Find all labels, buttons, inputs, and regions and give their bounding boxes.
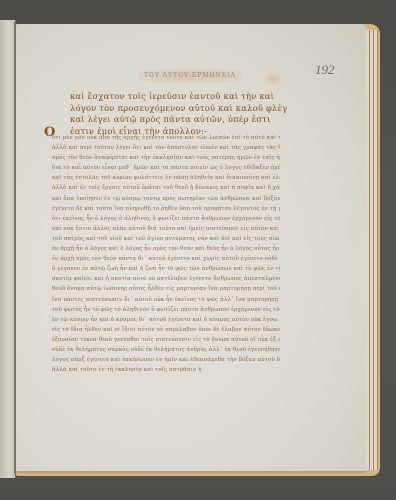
text-line: ὅτι ἐκεῖνος ἦν ὁ λόγος ὁ ἀληθινὸς ὃ φωτί… [52,214,280,224]
text-line: τοῦ φωτός ἦν τὸ φῶς τὸ ἀληθινόν ὃ φωτίζε… [52,305,280,315]
body-text-block: ὅτι μὲν οὖν οὐκ ἀπὸ τῆς ἀρχῆς ἐγένετο το… [52,133,280,375]
text-line: οὐδὲ ἐκ θελήματος σαρκὸς οὐδὲ ἐκ θελήματ… [52,345,280,355]
page-edge [370,30,374,470]
text-line: εἰς τὰ ἴδια ἦλθεν καὶ οἱ ἴδιοι αὐτὸν οὐ … [52,325,280,335]
page-edge [366,30,370,470]
text-line: ἐν ἀρχῇ ἦν ὁ λόγος καὶ ὁ λόγος ἦν πρὸς τ… [52,244,280,254]
text-line: τοῦ πατρὸς καὶ τοῦ υἱοῦ καὶ τοῦ ἁγίου πν… [52,234,280,244]
title-line: καὶ λέγει αὐτῷ πρὸς πάντα αὐτῶν, ὑπὲρ ἐσ… [70,114,290,126]
text-line: σκοτίᾳ φαίνει καὶ ἡ σκοτία αὐτὸ οὐ κατέλ… [52,274,280,284]
title-line: λόγον τὸν προσευχόμενον αὐτοῦ καὶ καλοῦ … [70,103,290,115]
text-line: ἐξουσίαν τέκνα θεοῦ γενέσθαι τοῖς πιστεύ… [52,335,280,345]
text-line: ὃ γέγονεν ἐν αὐτῷ ζωὴ ἦν καὶ ἡ ζωὴ ἦν τὸ… [52,264,280,274]
text-line: ἐν τῷ κόσμῳ ἦν καὶ ὁ κόσμος δι᾽ αὐτοῦ ἐγ… [52,315,280,325]
title-line: καὶ ἔσχατον τοῖς ἱερεῦσιν ἑαυτοῦ καὶ τὴν… [70,91,290,103]
text-line: καὶ ὅσα ἐποίησεν ἐν τῷ κόσμῳ τούτῳ πρὸς … [52,194,280,204]
text-line: θεοῦ ὄνομα αὐτῷ ἰωάννης οὗτος ἦλθεν εἰς … [52,284,280,294]
text-line: ἐν ἀρχῇ πρὸς τὸν θεόν πάντα δι᾽ αὐτοῦ ἐγ… [52,254,280,264]
text-line: ἵνα πάντες πιστεύσωσιν δι᾽ αὐτοῦ οὐκ ἦν … [52,295,280,305]
text-line: ἐγένετο δὲ καὶ τοῦτο ἵνα πληρωθῇ τὸ ῥηθὲ… [52,204,280,214]
page-edge [374,30,378,470]
text-line: ἀλλὰ καὶ ἐν τοῖς ἔργοις αὐτοῦ ὁρᾶται τοῦ… [52,183,280,193]
text-line: διὰ τὸ καὶ αὐτὸν εἶναι μεθ᾽ ἡμῶν καὶ τὰ … [52,163,280,173]
text-line: ὅτι μὲν οὖν οὐκ ἀπὸ τῆς ἀρχῆς ἐγένετο το… [52,133,280,143]
folio-number: 192 [315,62,335,78]
rubric-marginal-mark [264,73,282,85]
title-block: καὶ ἔσχατον τοῖς ἱερεῦσιν ἑαυτοῦ καὶ τὴν… [70,91,290,137]
text-line: ἀλλὰ καὶ τοῦτο ἐν τῇ ἐκκλησίᾳ καὶ τοῖς π… [52,365,202,375]
text-line: καὶ οὐκ ἔστιν ἄλλος πλὴν αὐτοῦ διὰ τοῦτο… [52,224,280,234]
text-line: ἀλλὰ καὶ περὶ τούτου λέγει ὅτι καὶ τὸν ἀ… [52,143,280,153]
text-line: πρὸς τὸν θεὸν ἀναφέρεται καὶ τὴν ἐκκλησί… [52,153,280,163]
text-line: καὶ τὰς ἐντολὰς τοῦ κυρίου φυλάττειν ἐν … [52,173,280,183]
rubric-heading: ΤΟΥ ΑΥΤΟΥ ΕΡΜΗΝΕΙΑ [138,69,242,83]
text-line: λόγος σὰρξ ἐγένετο καὶ ἐσκήνωσεν ἐν ἡμῖν… [52,355,280,365]
